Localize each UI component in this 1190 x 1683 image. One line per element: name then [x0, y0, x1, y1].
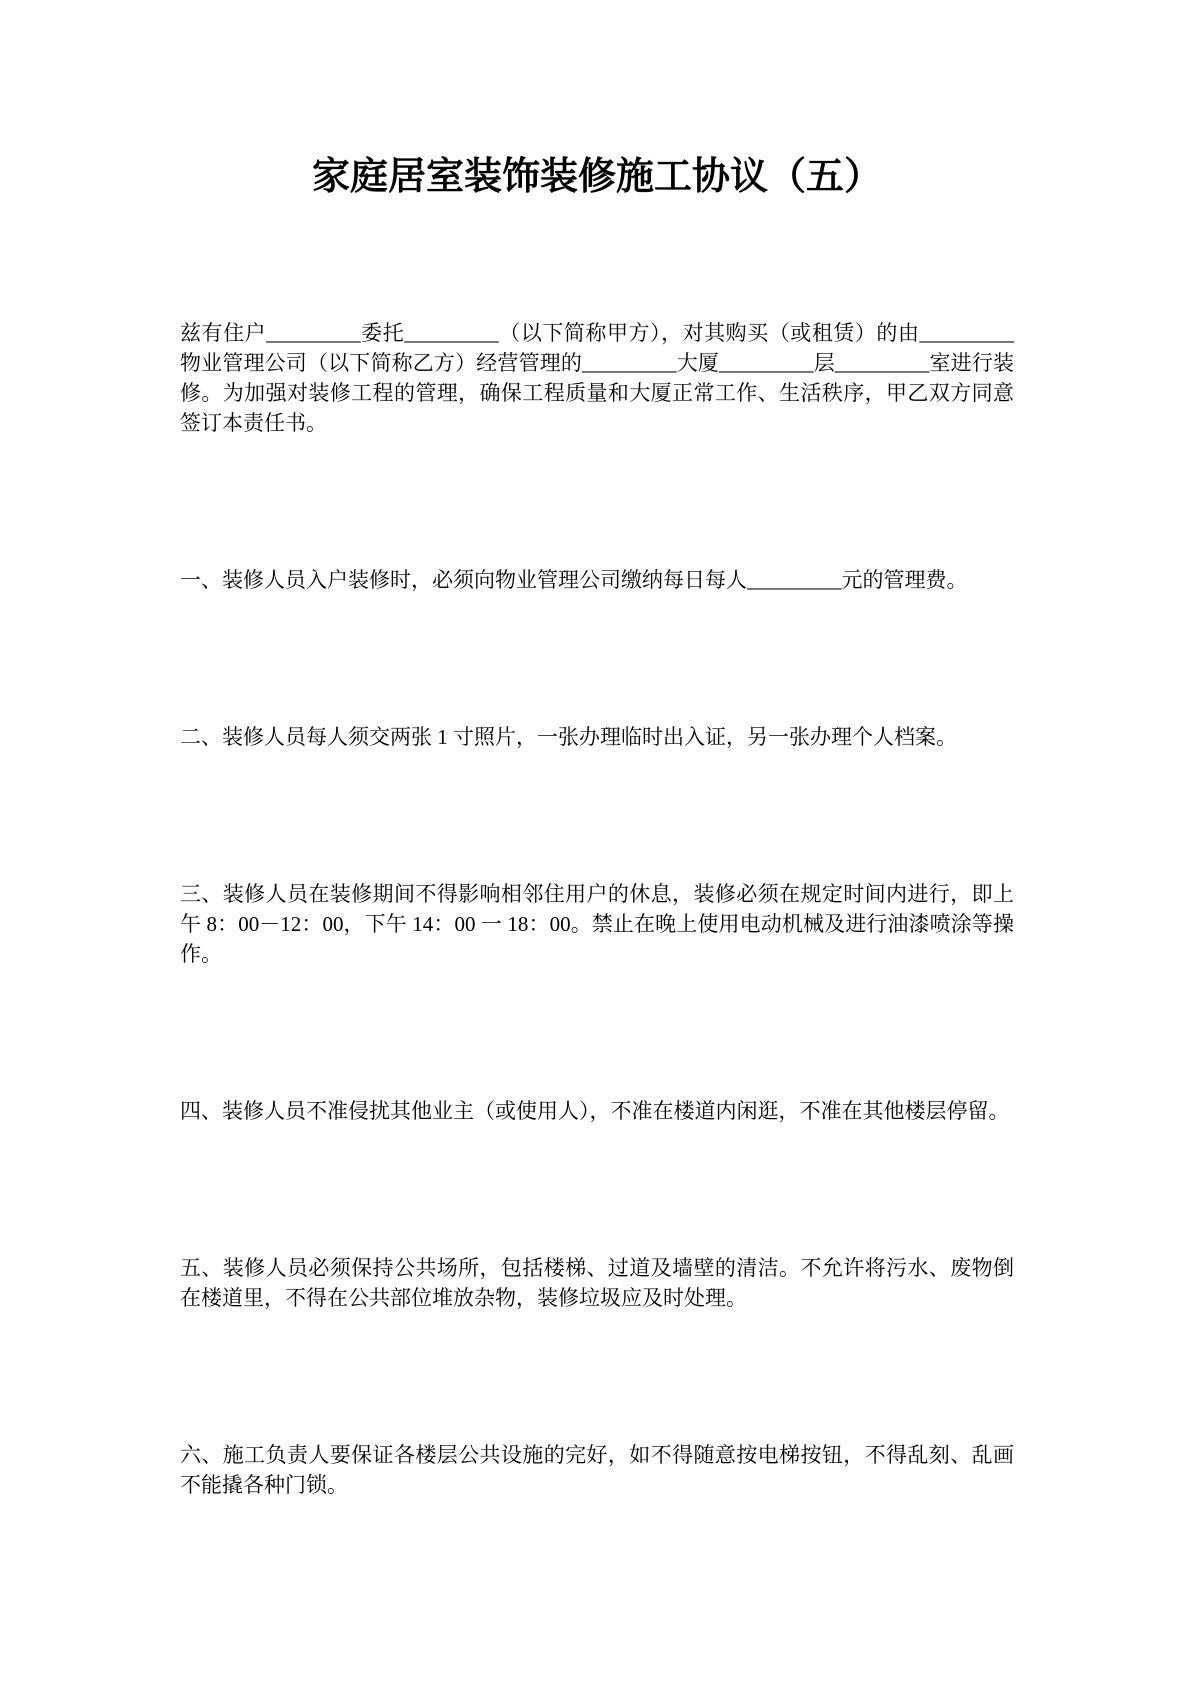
clause-6: 六、施工负责人要保证各楼层公共设施的完好，如不得随意按电梯按钮，不得乱刻、乱画不…: [180, 1440, 1014, 1500]
clause-4: 四、装修人员不准侵扰其他业主（或使用人），不准在楼道内闲逛，不准在其他楼层停留。: [180, 1096, 1014, 1126]
clause-1: 一、装修人员入户装修时，必须向物业管理公司缴纳每日每人_________元的管理…: [180, 565, 1014, 595]
clause-5: 五、装修人员必须保持公共场所，包括楼梯、过道及墙壁的清洁。不允许将污水、废物倒在…: [180, 1253, 1014, 1313]
clause-3: 三、装修人员在装修期间不得影响相邻住用户的休息，装修必须在规定时间内进行，即上午…: [180, 879, 1014, 969]
clause-2: 二、装修人员每人须交两张 1 寸照片，一张办理临时出入证，另一张办理个人档案。: [180, 722, 1014, 752]
document-page: 家庭居室装饰装修施工协议（五） 兹有住户_________委托_________…: [0, 0, 1190, 1683]
intro-paragraph: 兹有住户_________委托_________（以下简称甲方），对其购买（或租…: [180, 318, 1014, 438]
document-title: 家庭居室装饰装修施工协议（五）: [180, 0, 1014, 201]
